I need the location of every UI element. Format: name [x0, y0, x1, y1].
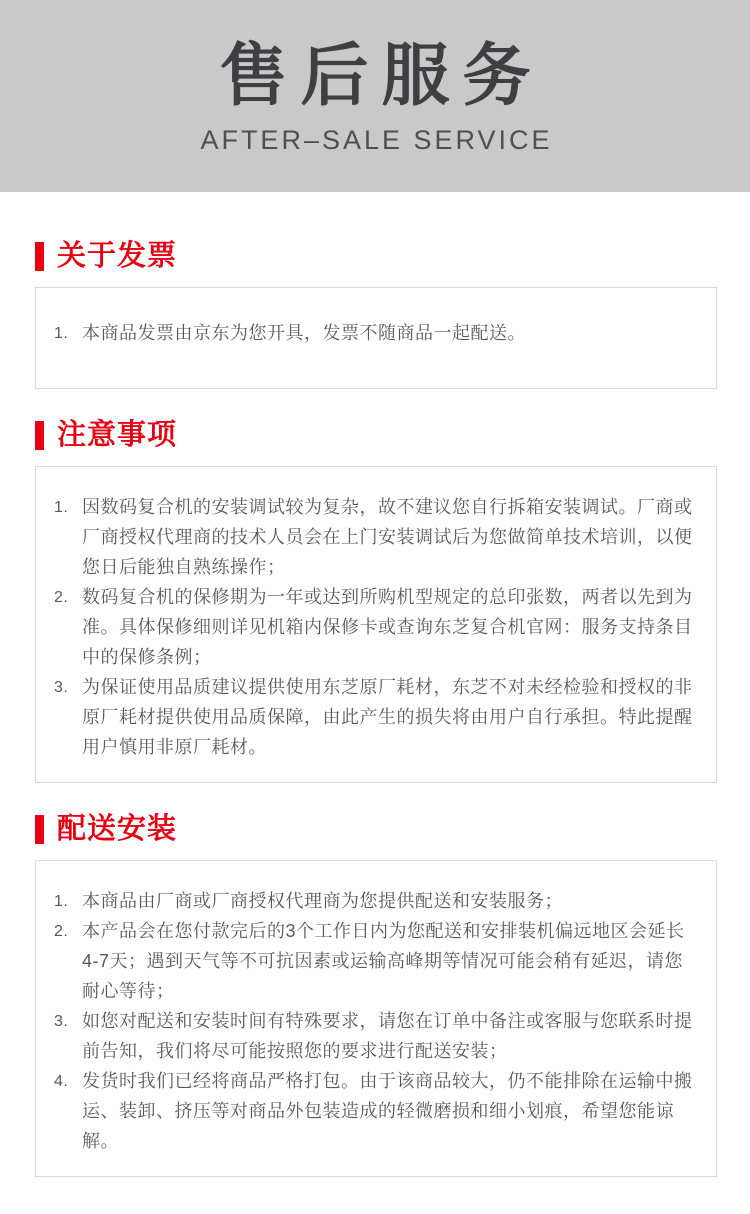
invoice-list: 本商品发票由京东为您开具，发票不随商品一起配送。 — [36, 288, 716, 388]
list-item: 数码复合机的保修期为一年或达到所购机型规定的总印张数，两者以先到为准。具体保修细… — [82, 582, 698, 672]
notes-list: 因数码复合机的安装调试较为复杂，故不建议您自行拆箱安装调试。厂商或厂商授权代理商… — [36, 467, 716, 782]
section-heading-delivery: 配送安装 — [35, 814, 715, 844]
heading-accent-bar — [35, 242, 44, 271]
list-item: 因数码复合机的安装调试较为复杂，故不建议您自行拆箱安装调试。厂商或厂商授权代理商… — [82, 492, 698, 582]
section-title-invoice: 关于发票 — [57, 241, 177, 271]
list-item: 发货时我们已经将商品严格打包。由于该商品较大，仍不能排除在运输中搬运、装卸、挤压… — [82, 1066, 698, 1156]
section-title-notes: 注意事项 — [57, 420, 177, 450]
after-sale-banner: 售后服务 AFTER–SALE SERVICE — [0, 0, 750, 192]
list-item: 为保证使用品质建议提供使用东芝原厂耗材，东芝不对未经检验和授权的非原厂耗材提供使… — [82, 672, 698, 762]
delivery-list: 本商品由厂商或厂商授权代理商为您提供配送和安装服务； 本产品会在您付款完后的3个… — [36, 861, 716, 1176]
list-item: 本产品会在您付款完后的3个工作日内为您配送和安排装机偏远地区会延长4-7天；遇到… — [82, 916, 698, 1006]
section-title-delivery: 配送安装 — [57, 814, 177, 844]
list-item: 本商品发票由京东为您开具，发票不随商品一起配送。 — [82, 318, 698, 348]
banner-title: 售后服务 — [206, 38, 543, 114]
banner-subtitle: AFTER–SALE SERVICE — [197, 127, 552, 154]
list-item: 本商品由厂商或厂商授权代理商为您提供配送和安装服务； — [82, 886, 698, 916]
list-item: 如您对配送和安装时间有特殊要求，请您在订单中备注或客服与您联系时提前告知，我们将… — [82, 1006, 698, 1066]
notes-content-box: 因数码复合机的安装调试较为复杂，故不建议您自行拆箱安装调试。厂商或厂商授权代理商… — [35, 466, 717, 783]
section-heading-invoice: 关于发票 — [35, 241, 715, 271]
section-heading-notes: 注意事项 — [35, 420, 715, 450]
delivery-content-box: 本商品由厂商或厂商授权代理商为您提供配送和安装服务； 本产品会在您付款完后的3个… — [35, 860, 717, 1177]
heading-accent-bar — [35, 815, 44, 844]
invoice-content-box: 本商品发票由京东为您开具，发票不随商品一起配送。 — [35, 287, 717, 389]
heading-accent-bar — [35, 421, 44, 450]
